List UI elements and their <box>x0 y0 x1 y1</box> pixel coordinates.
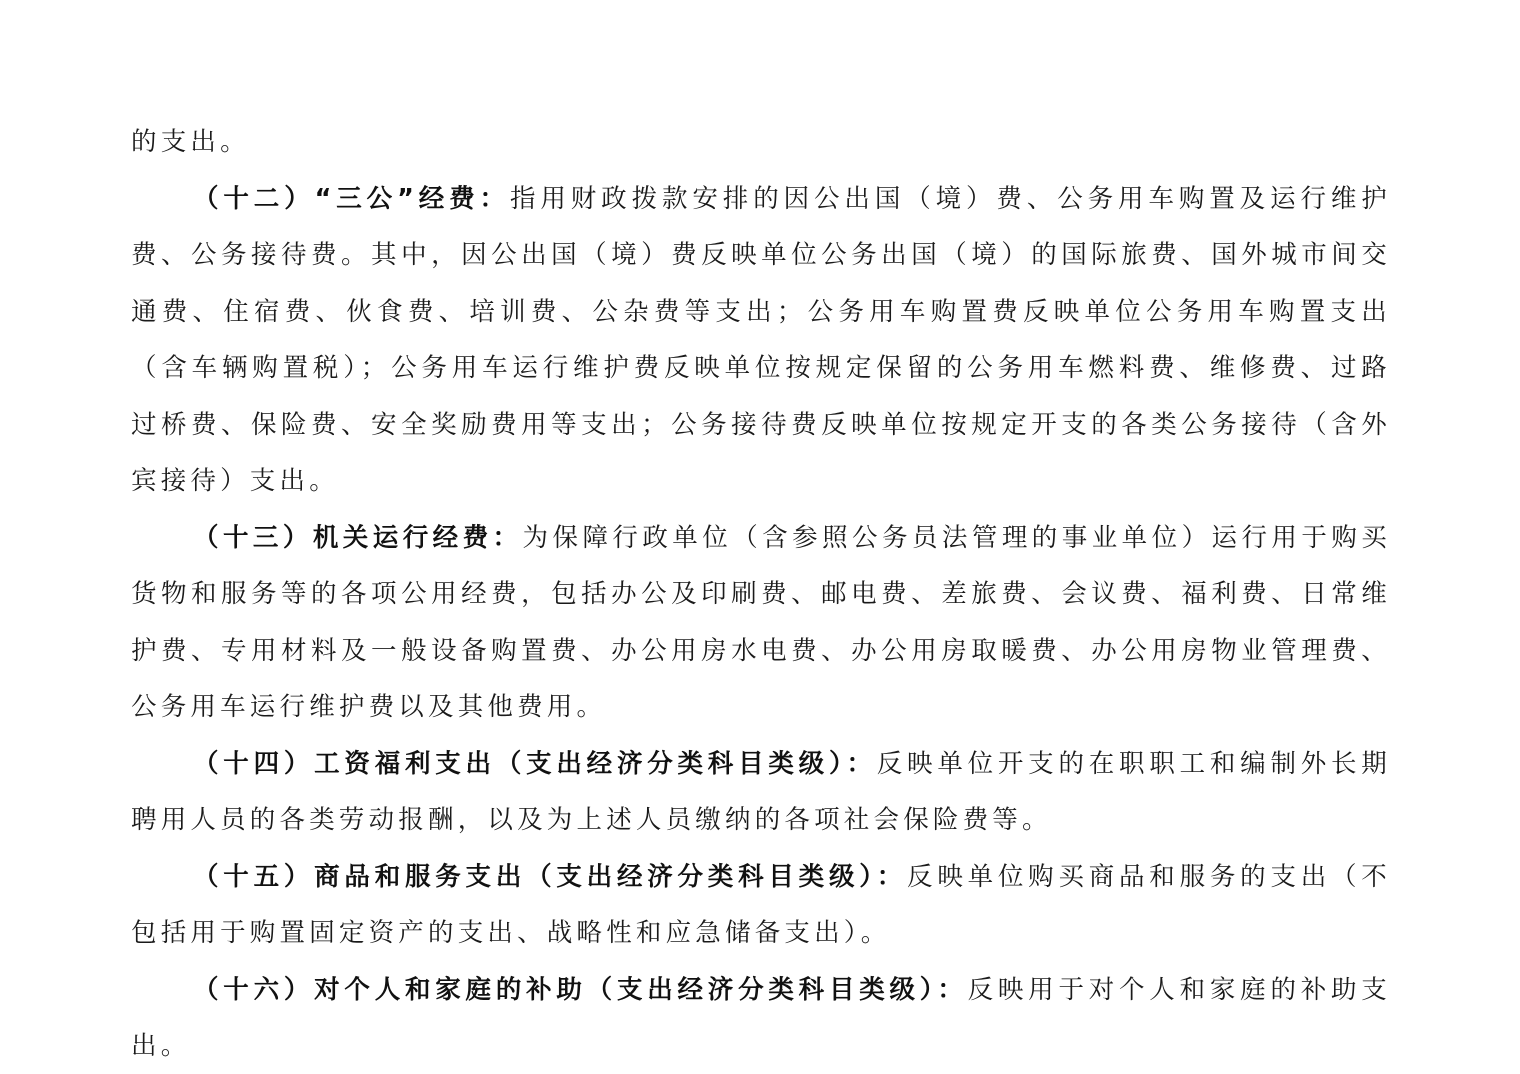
paragraph-body: 指用财政拨款安排的因公出国（境）费、公务用车购置及运行维护费、公务接待费。其中，… <box>131 184 1391 497</box>
paragraph-heading: （十四）工资福利支出（支出经济分类科目类级）： <box>193 749 877 779</box>
paragraph-continuation: 的支出。 <box>131 114 1391 171</box>
paragraph-item-13: （十三）机关运行经费：为保障行政单位（含参照公务员法管理的事业单位）运行用于购买… <box>131 510 1391 736</box>
paragraph-item-15: （十五）商品和服务支出（支出经济分类科目类级）：反映单位购买商品和服务的支出（不… <box>131 849 1391 962</box>
paragraph-heading: （十三）机关运行经费： <box>193 523 523 553</box>
paragraph-item-12: （十二）“三公”经费：指用财政拨款安排的因公出国（境）费、公务用车购置及运行维护… <box>131 171 1391 510</box>
paragraph-item-14: （十四）工资福利支出（支出经济分类科目类级）：反映单位开支的在职职工和编制外长期… <box>131 736 1391 849</box>
paragraph-heading: （十五）商品和服务支出（支出经济分类科目类级）： <box>193 862 907 892</box>
paragraph-heading: （十六）对个人和家庭的补助（支出经济分类科目类级）： <box>193 975 968 1005</box>
paragraph-body: 的支出。 <box>131 127 250 157</box>
paragraph-item-16: （十六）对个人和家庭的补助（支出经济分类科目类级）：反映用于对个人和家庭的补助支… <box>131 962 1391 1074</box>
paragraph-heading: （十二）“三公”经费： <box>193 184 510 214</box>
document-page: 的支出。 （十二）“三公”经费：指用财政拨款安排的因公出国（境）费、公务用车购置… <box>131 114 1391 1074</box>
